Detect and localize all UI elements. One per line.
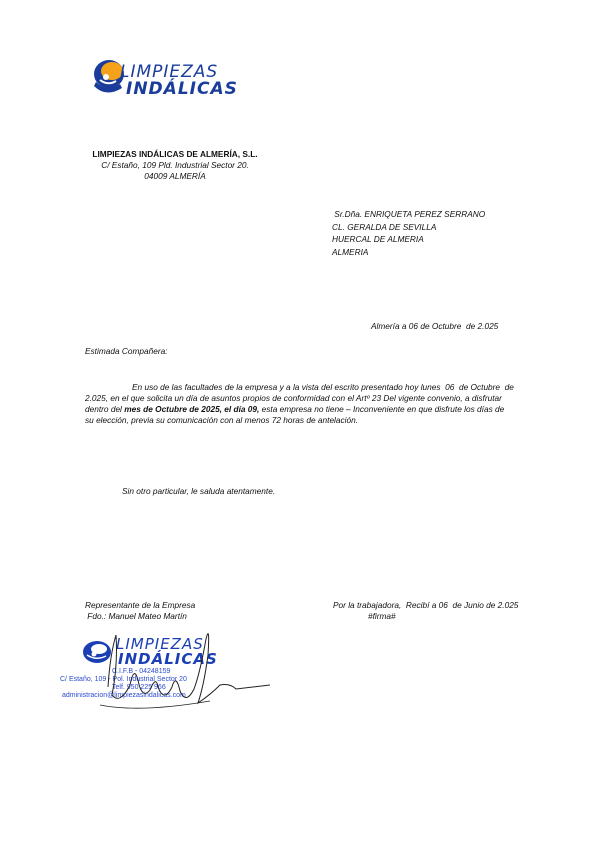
date-line: Almería a 06 de Octubre de 2.025 <box>371 321 498 332</box>
body-text-bold: mes de Octubre de 2025, el día 09, <box>124 404 259 414</box>
employee-receipt-text: Por la trabajadora, Recibí a 06 de Junio… <box>333 600 518 611</box>
company-representative-label: Representante de la Empresa <box>85 600 195 611</box>
company-logo: LIMPIEZAS INDÁLICAS <box>92 52 242 104</box>
signature-right: Por la trabajadora, Recibí a 06 de Junio… <box>333 600 518 622</box>
signer-name: Fdo.: Manuel Mateo Martín <box>85 611 195 622</box>
recipient-line: ALMERIA <box>332 246 485 259</box>
sender-name: LIMPIEZAS INDÁLICAS DE ALMERÍA, S.L. <box>60 149 290 160</box>
signature-left: Representante de la Empresa Fdo.: Manuel… <box>85 600 195 622</box>
handwritten-signature <box>60 625 270 715</box>
recipient-block: Sr.Dña. ENRIQUETA PEREZ SERRANO CL. GERA… <box>332 208 485 258</box>
employee-signature-placeholder: #firma# <box>333 611 518 622</box>
company-stamp: LIMPIEZAS INDÁLICAS C.I.F.B - 04248159 C… <box>60 625 270 715</box>
sender-address: C/ Estaño, 109 Pld. Industrial Sector 20… <box>60 160 290 171</box>
recipient-line: HUERCAL DE ALMERIA <box>332 233 485 246</box>
greeting: Estimada Compañera: <box>85 346 168 357</box>
recipient-line: CL. GERALDA DE SEVILLA <box>332 221 485 234</box>
logo-text-line2: INDÁLICAS <box>126 79 238 99</box>
closing-line: Sin otro particular, le saluda atentamen… <box>122 486 275 497</box>
body-paragraph: En uso de las facultades de la empresa y… <box>85 371 515 426</box>
recipient-line: Sr.Dña. ENRIQUETA PEREZ SERRANO <box>332 208 485 221</box>
sender-block: LIMPIEZAS INDÁLICAS DE ALMERÍA, S.L. C/ … <box>60 149 290 182</box>
sender-city: 04009 ALMERÍA <box>60 171 290 182</box>
